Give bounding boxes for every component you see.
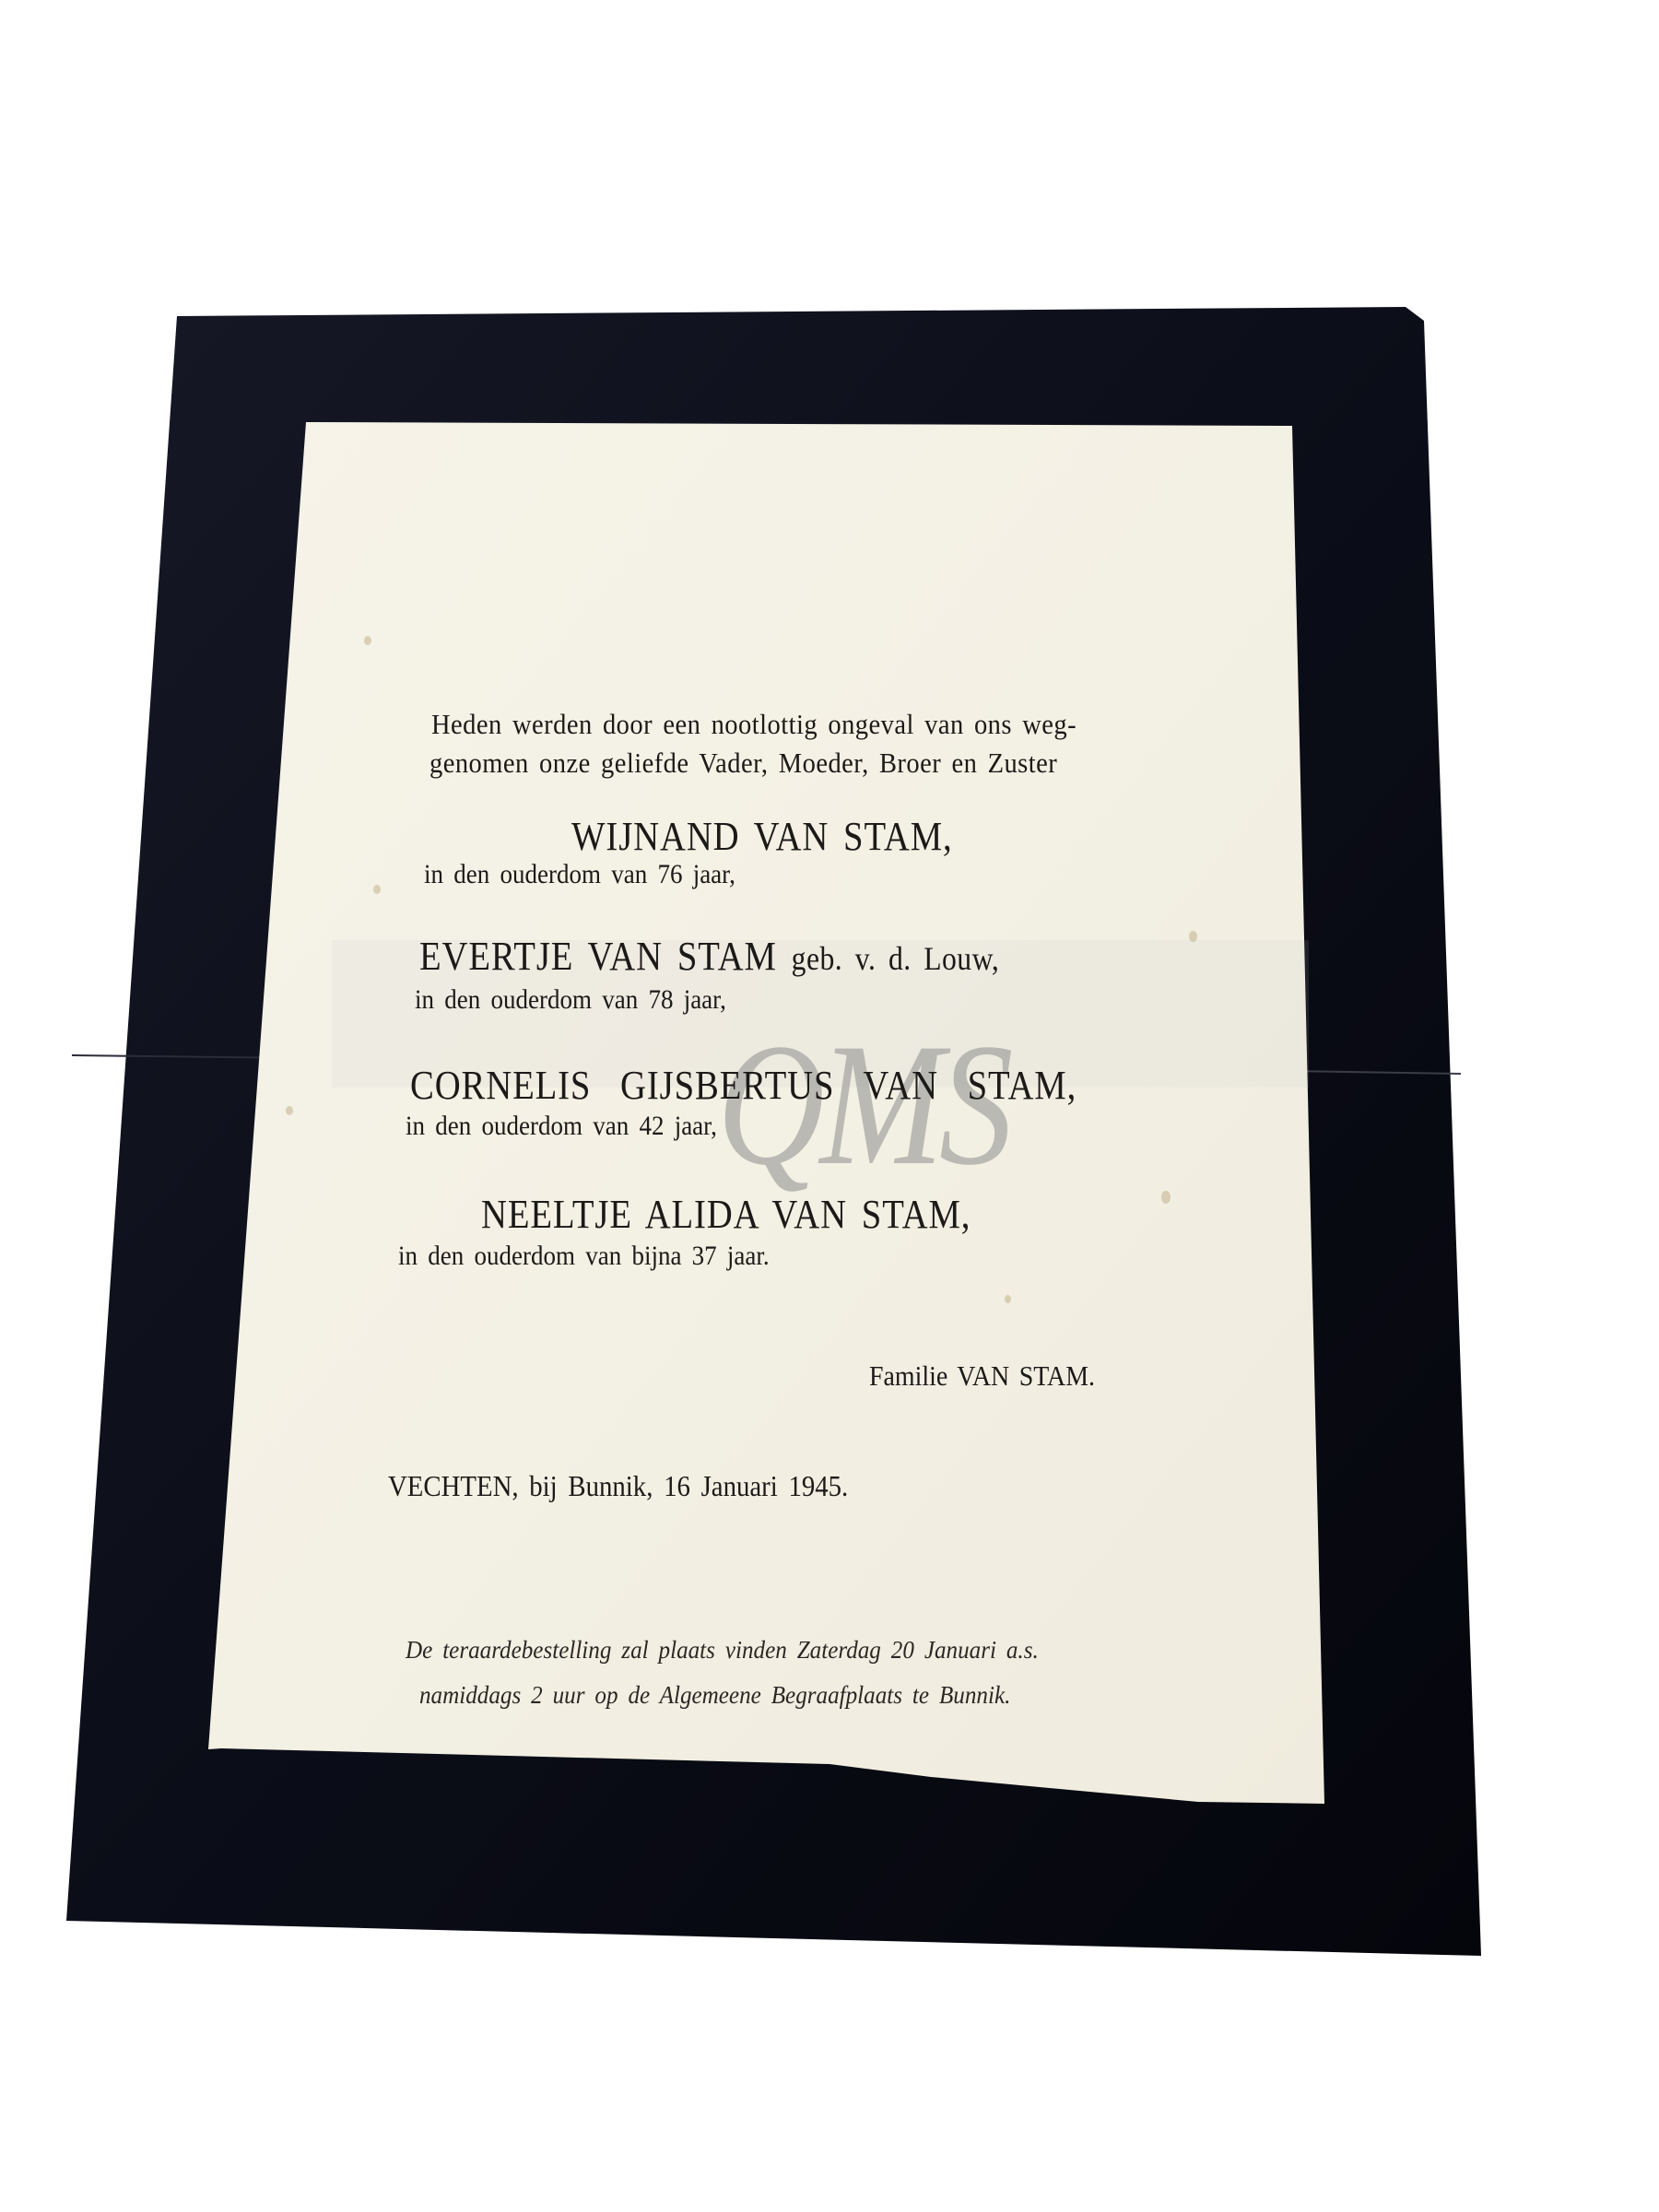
- paper-stain: [373, 885, 381, 894]
- paper-stain: [364, 636, 371, 645]
- paper-stain: [1189, 931, 1197, 942]
- intro-line-1: Heden werden door een nootlottig ongeval…: [431, 708, 1077, 741]
- paper-stain: [1005, 1295, 1011, 1303]
- burial-line-2: namiddags 2 uur op de Algemeene Begraafp…: [419, 1681, 1010, 1710]
- deceased-age-2: in den ouderdom van 78 jaar,: [415, 984, 726, 1016]
- deceased-age-4: in den ouderdom van bijna 37 jaar.: [398, 1241, 770, 1272]
- intro-line-2: genomen onze geliefde Vader, Moeder, Bro…: [429, 747, 1057, 780]
- photo-stage: QMS Heden werden door een nootlottig ong…: [0, 0, 1659, 2212]
- deceased-name-3: CORNELIS GIJSBERTUS VAN STAM,: [410, 1062, 1077, 1109]
- deceased-name-2-text: EVERTJE VAN STAM: [419, 934, 777, 979]
- place-and-date: VECHTEN, bij Bunnik, 16 Januari 1945.: [388, 1469, 848, 1503]
- paper-stain: [1161, 1191, 1171, 1204]
- deceased-name-1: WIJNAND VAN STAM,: [571, 813, 953, 860]
- deceased-age-1: in den ouderdom van 76 jaar,: [424, 859, 735, 890]
- deceased-name-2: EVERTJE VAN STAM geb. v. d. Louw,: [419, 933, 999, 980]
- deceased-age-3: in den ouderdom van 42 jaar,: [406, 1111, 717, 1142]
- deceased-name-4: NEELTJE ALIDA VAN STAM,: [481, 1191, 971, 1238]
- paper-stain: [286, 1106, 293, 1115]
- deceased-maiden-name-2: geb. v. d. Louw,: [792, 940, 1000, 977]
- family-signature: Familie VAN STAM.: [869, 1359, 1095, 1393]
- burial-line-1: De teraardebestelling zal plaats vinden …: [406, 1636, 1039, 1665]
